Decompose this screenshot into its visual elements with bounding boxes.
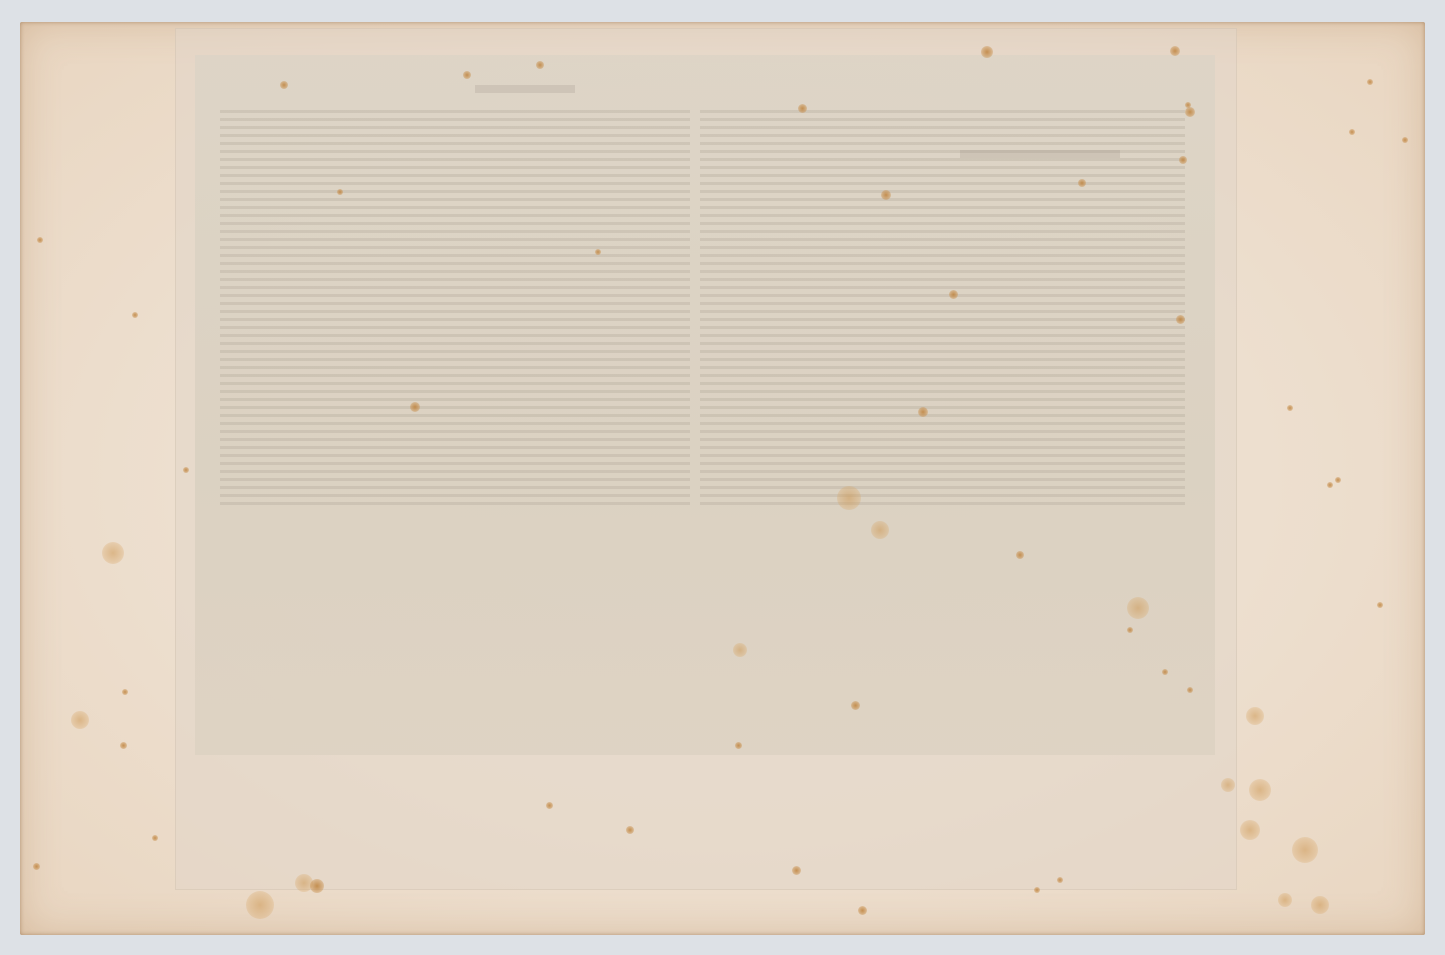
foxing-spot bbox=[546, 802, 553, 809]
foxing-spot bbox=[1221, 778, 1235, 792]
bleed-through-text-column-right bbox=[700, 110, 1185, 510]
foxing-spot bbox=[1367, 79, 1373, 85]
foxing-spot bbox=[1034, 887, 1040, 893]
foxing-spot bbox=[1402, 137, 1408, 143]
foxing-spot bbox=[626, 826, 634, 834]
foxing-spot bbox=[871, 521, 889, 539]
foxing-spot bbox=[122, 689, 128, 695]
foxing-spot bbox=[1287, 405, 1293, 411]
foxing-spot bbox=[1246, 707, 1264, 725]
foxing-spot bbox=[851, 701, 860, 710]
foxing-spot bbox=[733, 643, 747, 657]
foxing-spot bbox=[1335, 477, 1341, 483]
foxing-spot bbox=[981, 46, 993, 58]
foxing-spot bbox=[1078, 179, 1086, 187]
foxing-spot bbox=[132, 312, 138, 318]
foxing-spot bbox=[310, 879, 324, 893]
foxing-spot bbox=[1187, 687, 1193, 693]
foxing-spot bbox=[1170, 46, 1180, 56]
foxing-spot bbox=[102, 542, 124, 564]
foxing-spot bbox=[246, 891, 274, 919]
foxing-spot bbox=[735, 742, 742, 749]
foxing-spot bbox=[337, 189, 343, 195]
foxing-spot bbox=[33, 863, 40, 870]
foxing-spot bbox=[1249, 779, 1271, 801]
foxing-spot bbox=[183, 467, 189, 473]
foxing-spot bbox=[837, 486, 861, 510]
foxing-spot bbox=[1278, 893, 1292, 907]
foxing-spot bbox=[1185, 107, 1195, 117]
foxing-spot bbox=[152, 835, 158, 841]
foxing-spot bbox=[1240, 820, 1260, 840]
bleed-through-heading-left bbox=[475, 85, 575, 93]
foxing-spot bbox=[858, 906, 867, 915]
foxing-spot bbox=[1057, 877, 1063, 883]
foxing-spot bbox=[1349, 129, 1355, 135]
foxing-spot bbox=[1127, 597, 1149, 619]
foxing-spot bbox=[918, 407, 928, 417]
foxing-spot bbox=[71, 711, 89, 729]
foxing-spot bbox=[1327, 482, 1333, 488]
foxing-spot bbox=[1016, 551, 1024, 559]
foxing-spot bbox=[37, 237, 43, 243]
foxing-spot bbox=[1127, 627, 1133, 633]
foxing-spot bbox=[120, 742, 127, 749]
foxing-spot bbox=[949, 290, 958, 299]
foxing-spot bbox=[463, 71, 471, 79]
foxing-spot bbox=[536, 61, 544, 69]
foxing-spot bbox=[1377, 602, 1383, 608]
bleed-through-text-column-left bbox=[220, 110, 690, 510]
foxing-spot bbox=[1179, 156, 1187, 164]
foxing-spot bbox=[410, 402, 420, 412]
foxing-spot bbox=[798, 104, 807, 113]
foxing-spot bbox=[595, 249, 601, 255]
foxing-spot bbox=[1176, 315, 1185, 324]
foxing-spot bbox=[881, 190, 891, 200]
foxing-spot bbox=[1185, 102, 1191, 108]
foxing-spot bbox=[1162, 669, 1168, 675]
foxing-spot bbox=[1311, 896, 1329, 914]
foxing-spot bbox=[1292, 837, 1318, 863]
foxing-spot bbox=[792, 866, 801, 875]
foxing-spot bbox=[280, 81, 288, 89]
